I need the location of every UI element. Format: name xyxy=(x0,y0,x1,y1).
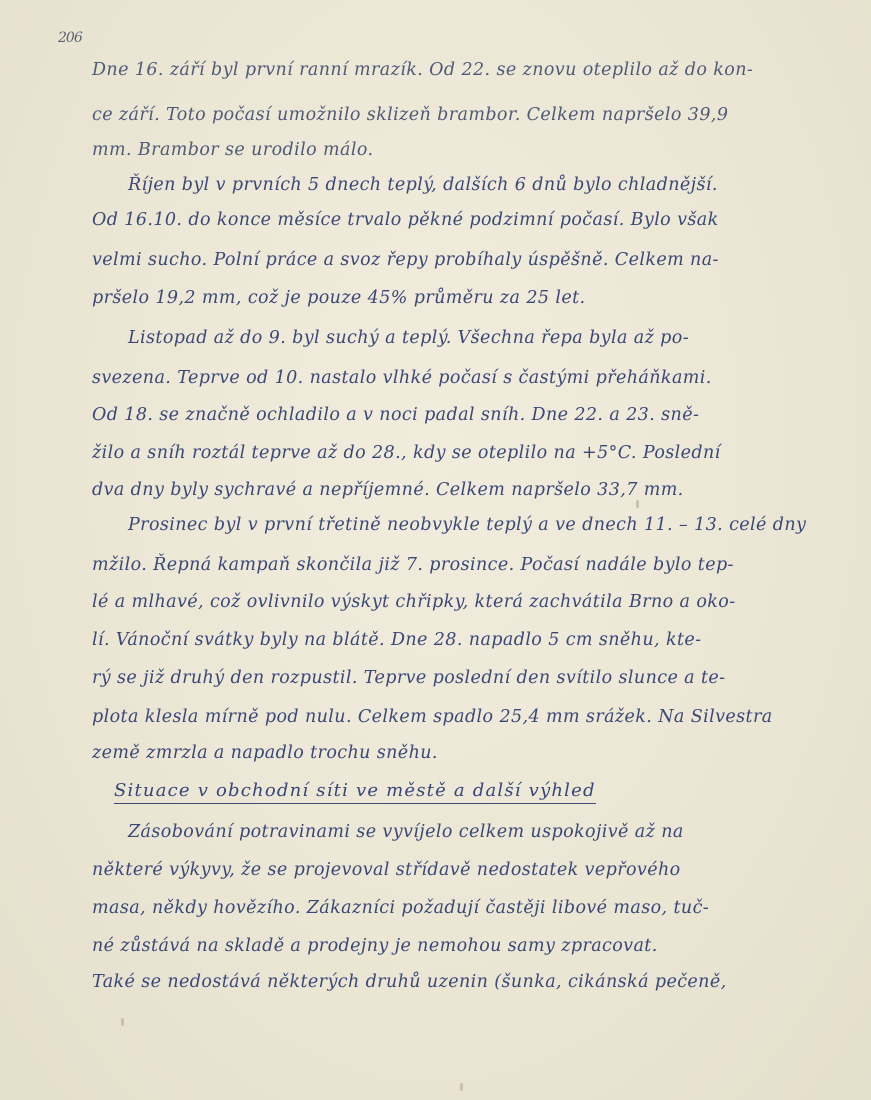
text-line: svezena. Teprve od 10. nastalo vlhké poč… xyxy=(92,368,712,388)
text-line: Říjen byl v prvních 5 dnech teplý, další… xyxy=(128,175,718,195)
text-line: mžilo. Řepná kampaň skončila již 7. pros… xyxy=(92,555,734,575)
handwritten-page: 206 Dne 16. září byl první ranní mrazík.… xyxy=(0,0,871,1100)
text-line: Listopad až do 9. byl suchý a teplý. Vše… xyxy=(128,328,689,348)
text-line: Dne 16. září byl první ranní mrazík. Od … xyxy=(92,60,753,80)
text-line: lé a mlhavé, což ovlivnilo výskyt chřipk… xyxy=(92,592,736,612)
text-line: pršelo 19,2 mm, což je pouze 45% průměru… xyxy=(92,288,586,308)
page-number: 206 xyxy=(58,30,82,46)
paper-speck xyxy=(636,500,639,508)
text-line: Také se nedostává některých druhů uzenin… xyxy=(92,972,727,992)
section-heading: Situace v obchodní síti ve městě a další… xyxy=(114,780,596,804)
text-line: Od 16.10. do konce měsíce trvalo pěkné p… xyxy=(92,210,719,230)
text-line: velmi sucho. Polní práce a svoz řepy pro… xyxy=(92,250,719,270)
text-line: plota klesla mírně pod nulu. Celkem spad… xyxy=(92,707,773,727)
text-line: země zmrzla a napadlo trochu sněhu. xyxy=(92,743,438,763)
text-line: Od 18. se značně ochladilo a v noci pada… xyxy=(92,405,699,425)
text-line: mm. Brambor se urodilo málo. xyxy=(92,140,373,160)
text-line: žilo a sníh roztál teprve až do 28., kdy… xyxy=(92,443,721,463)
text-line: dva dny byly sychravé a nepříjemné. Celk… xyxy=(92,480,684,500)
text-line: lí. Vánoční svátky byly na blátě. Dne 28… xyxy=(92,630,701,650)
paper-speck xyxy=(121,1018,124,1026)
text-line: né zůstává na skladě a prodejny je nemoh… xyxy=(92,936,658,956)
text-line: ce září. Toto počasí umožnilo sklizeň br… xyxy=(92,105,728,125)
text-line: některé výkyvy, že se projevoval střídav… xyxy=(92,860,681,880)
text-line: Prosinec byl v první třetině neobvykle t… xyxy=(128,515,806,535)
text-line: Zásobování potravinami se vyvíjelo celke… xyxy=(128,822,684,842)
paper-speck xyxy=(460,1083,463,1091)
text-line: masa, někdy hovězího. Zákazníci požadují… xyxy=(92,898,709,918)
text-line: rý se již druhý den rozpustil. Teprve po… xyxy=(92,668,725,688)
